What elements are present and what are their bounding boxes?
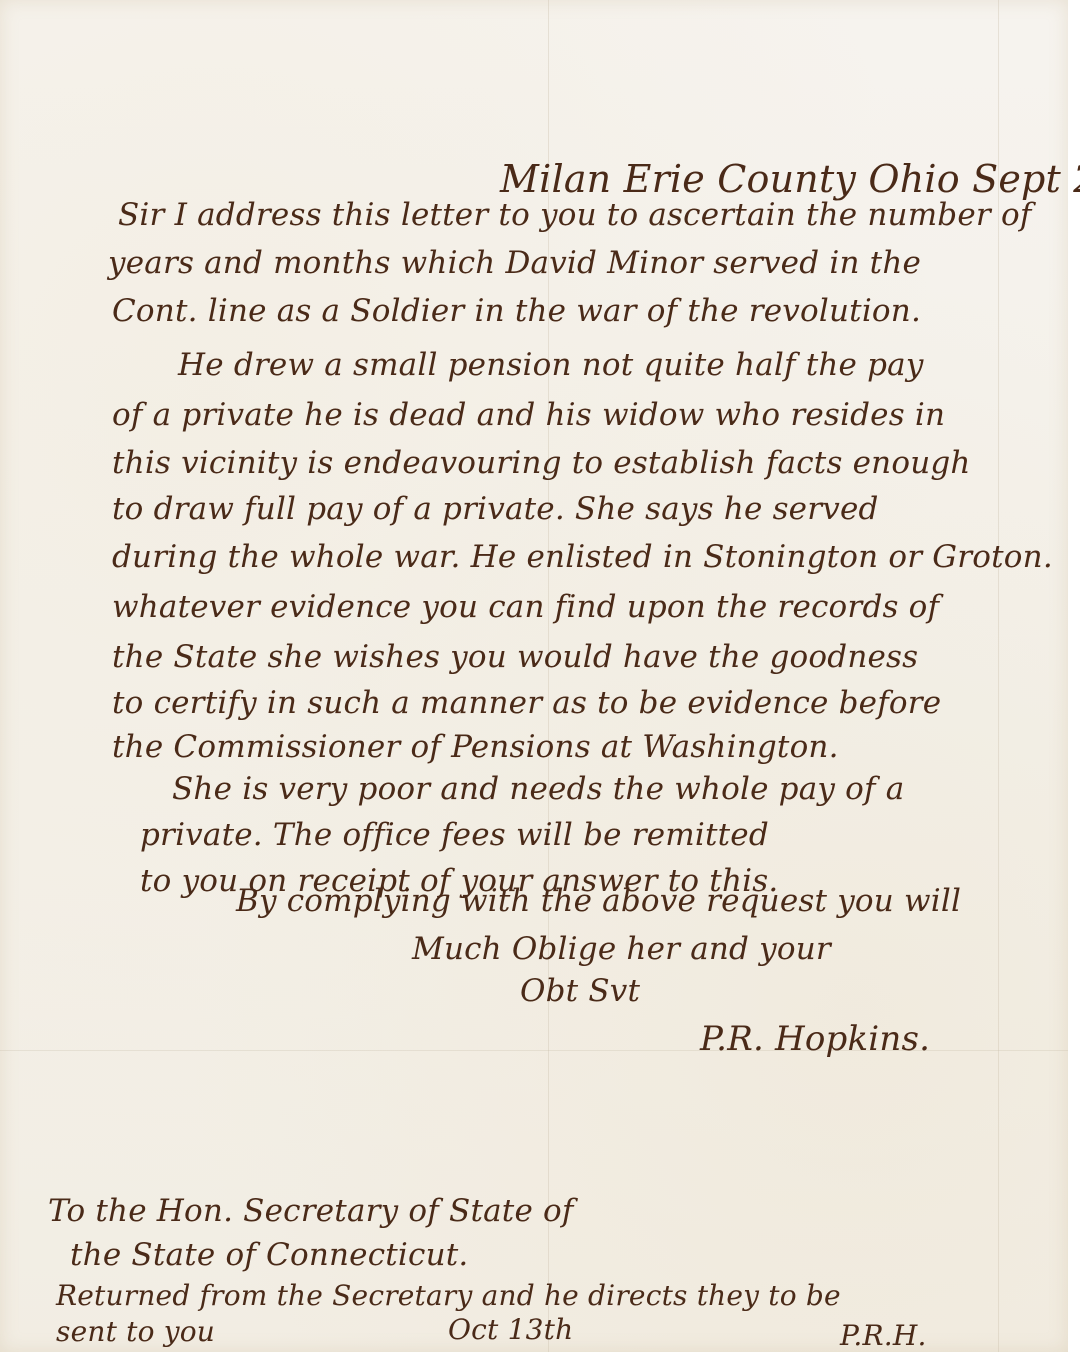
- body-line: Cont. line as a Soldier in the war of th…: [112, 296, 921, 327]
- body-line: She is very poor and needs the whole pay…: [172, 774, 904, 805]
- endorsement-sent: sent to you: [56, 1318, 215, 1346]
- body-line: during the whole war. He enlisted in Sto…: [112, 542, 1053, 573]
- body-line: years and months which David Minor serve…: [108, 248, 921, 279]
- dateline: Milan Erie County Ohio Sept 29/46: [500, 160, 1080, 198]
- closing-line: Much Oblige her and your: [412, 934, 831, 965]
- address-line: the State of Connecticut.: [70, 1240, 468, 1271]
- endorsement-date: Oct 13th: [448, 1316, 573, 1344]
- endorsement-line: Returned from the Secretary and he direc…: [56, 1282, 841, 1310]
- closing-line: By complying with the above request you …: [236, 886, 961, 917]
- body-line: Sir I address this letter to you to asce…: [118, 200, 1032, 231]
- address-line: To the Hon. Secretary of State of: [48, 1196, 574, 1227]
- body-line: of a private he is dead and his widow wh…: [112, 400, 945, 431]
- closing-line: Obt Svt: [520, 976, 640, 1007]
- body-line: to draw full pay of a private. She says …: [112, 494, 879, 525]
- body-line: He drew a small pension not quite half t…: [178, 350, 924, 381]
- letter-paper: Milan Erie County Ohio Sept 29/46 Sir I …: [0, 0, 1068, 1352]
- body-line: private. The office fees will be remitte…: [140, 820, 769, 851]
- body-line: the State she wishes you would have the …: [112, 642, 918, 673]
- body-line: this vicinity is endeavouring to establi…: [112, 448, 971, 479]
- body-line: to certify in such a manner as to be evi…: [112, 688, 941, 719]
- body-line: whatever evidence you can find upon the …: [112, 592, 939, 623]
- signature: P.R. Hopkins.: [700, 1022, 930, 1056]
- body-line: the Commissioner of Pensions at Washingt…: [112, 732, 839, 763]
- endorsement-initials: P.R.H.: [840, 1322, 927, 1350]
